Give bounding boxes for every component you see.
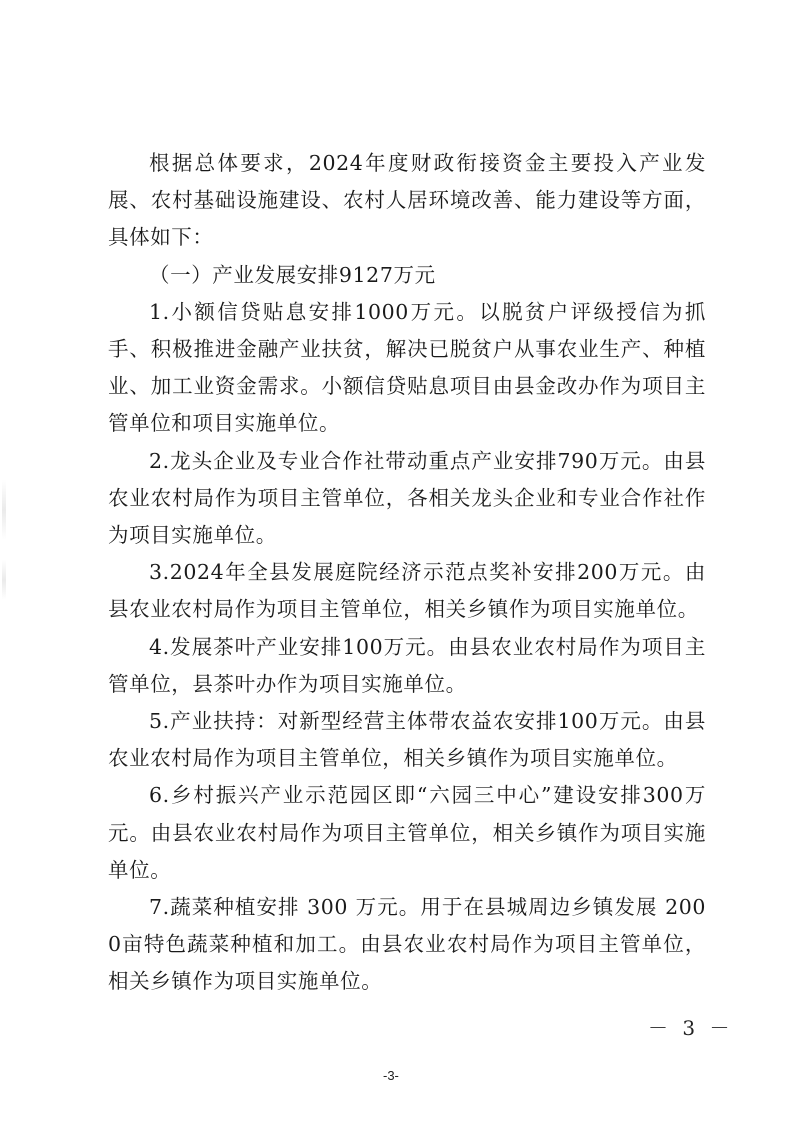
- item-1-microcredit: 1.小额信贷贴息安排1000万元。以脱贫户评级授信为抓手、积极推进金融产业扶贫，…: [108, 294, 706, 443]
- item-3-courtyard-economy: 3.2024年全县发展庭院经济示范点奖补安排200万元。由县农业农村局作为项目主…: [108, 554, 706, 628]
- scan-artifact: [2, 480, 6, 540]
- item-5-industry-support: 5.产业扶持：对新型经营主体带农益农安排100万元。由县农业农村局作为项目主管单…: [108, 703, 706, 777]
- item-2-leading-enterprises: 2.龙头企业及专业合作社带动重点产业安排790万元。由县农业农村局作为项目主管单…: [108, 443, 706, 555]
- footer-page-number: -3-: [383, 1068, 399, 1083]
- item-4-tea-industry: 4.发展茶叶产业安排100万元。由县农业农村局作为项目主管单位，县茶叶办作为项目…: [108, 629, 706, 703]
- item-7-vegetable-planting: 7.蔬菜种植安排 300 万元。用于在县城周边乡镇发展 2000亩特色蔬菜种植和…: [108, 889, 706, 1001]
- document-body: 根据总体要求，2024年度财政衔接资金主要投入产业发展、农村基础设施建设、农村人…: [108, 145, 706, 1001]
- page-number: － 3 －: [648, 1012, 733, 1041]
- scan-artifact: [2, 560, 6, 600]
- section-heading-industry-development: （一）产业发展安排9127万元: [108, 257, 706, 294]
- document-page: 根据总体要求，2024年度财政衔接资金主要投入产业发展、农村基础设施建设、农村人…: [0, 0, 793, 1121]
- intro-paragraph: 根据总体要求，2024年度财政衔接资金主要投入产业发展、农村基础设施建设、农村人…: [108, 145, 706, 257]
- item-6-demonstration-park: 6.乡村振兴产业示范园区即“六园三中心”建设安排300万元。由县农业农村局作为项…: [108, 777, 706, 889]
